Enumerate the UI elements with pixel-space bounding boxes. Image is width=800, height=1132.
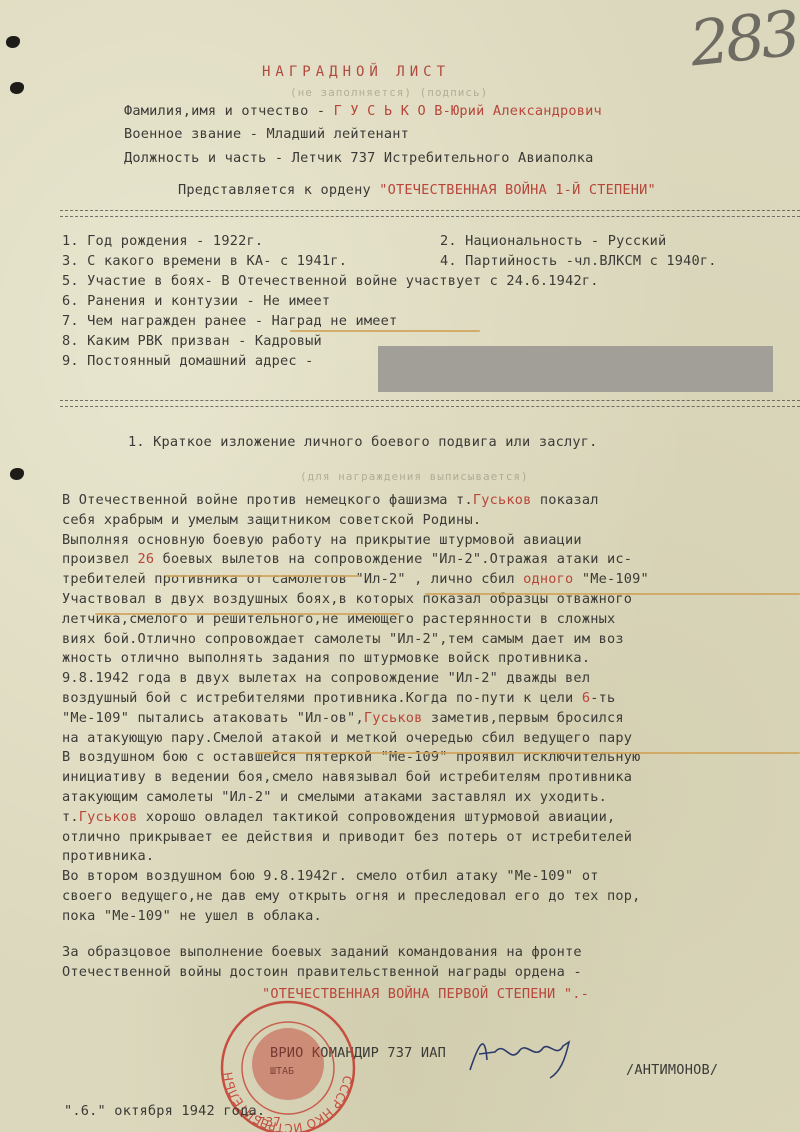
field-birth-year: 1. Год рождения - 1922г. xyxy=(62,233,263,249)
highlight-underline xyxy=(95,613,400,615)
conclusion-line-2: Отечественной войны достоин правительств… xyxy=(62,964,582,980)
body-line: требителей противника от самолетов "Ил-2… xyxy=(62,571,649,587)
document-title: НАГРАДНОЙ ЛИСТ xyxy=(262,64,450,80)
body-line: на атакующую пару.Смелой атакой и меткой… xyxy=(62,730,632,746)
body-line: Выполняя основную боевую работу на прикр… xyxy=(62,532,582,548)
given-names: -Юрий Александрович xyxy=(443,103,602,119)
redacted-address-block xyxy=(378,346,773,392)
body-line: жность отлично выполнять задания по штур… xyxy=(62,650,590,666)
rank-line: Военное звание - Младший лейтенант xyxy=(124,126,409,142)
body-line: "Ме-109" пытались атаковать "Ил-ов",Гусь… xyxy=(62,710,624,726)
field-army-since: 3. С какого времени в КА- с 1941г. xyxy=(62,253,347,269)
body-line: пока "Ме-109" не ушел в облака. xyxy=(62,908,322,924)
punch-hole xyxy=(6,36,20,48)
name-label: Фамилия,имя и отчество - xyxy=(124,103,325,119)
field-nationality: 2. Национальность - Русский xyxy=(440,233,666,249)
highlighted-text: Гуськов xyxy=(473,492,532,508)
field-address: 9. Постоянный домашний адрес - xyxy=(62,353,314,369)
body-line: своего ведущего,не дав ему открыть огня … xyxy=(62,888,641,904)
body-line: В Отечественной войне против немецкого ф… xyxy=(62,492,599,508)
highlighted-text: 26 xyxy=(137,551,154,567)
signatory-name: /АНТИМОНОВ/ xyxy=(626,1062,718,1078)
field-party: 4. Партийность -чл.ВЛКСМ с 1940г. xyxy=(440,253,717,269)
name-line: Фамилия,имя и отчество - Г У С Ь К О В-Ю… xyxy=(124,103,602,119)
nomination-order: "ОТЕЧЕСТВЕННАЯ ВОЙНА 1-Й СТЕПЕНИ" xyxy=(379,182,656,198)
body-line: Во втором воздушном бою 9.8.1942г. смело… xyxy=(62,868,599,884)
highlighted-text: Гуськов xyxy=(364,710,423,726)
handwritten-page-number: 283 xyxy=(686,0,799,80)
body-line: отлично прикрывает ее действия и приводи… xyxy=(62,829,632,845)
body-line: т.Гуськов хорошо овладел тактикой сопров… xyxy=(62,809,615,825)
field-rvk: 8. Каким РВК призван - Кадровый xyxy=(62,333,322,349)
body-line: противника. xyxy=(62,848,154,864)
date-line: ".6." октября 1942 года. xyxy=(64,1103,265,1119)
body-line: себя храбрым и умелым защитником советск… xyxy=(62,512,481,528)
svg-text:ШТАБ: ШТАБ xyxy=(270,1066,294,1077)
highlight-underline xyxy=(165,575,360,577)
body-line: атакующим самолеты "Ил-2" и смелыми атак… xyxy=(62,789,607,805)
highlight-underline xyxy=(425,593,800,595)
conclusion-line-1: За образцовое выполнение боевых заданий … xyxy=(62,944,582,960)
field-wounds: 6. Ранения и контузии - Не имеет xyxy=(62,293,330,309)
highlight-underline xyxy=(255,752,800,754)
nomination-line: Представляется к ордену "ОТЕЧЕСТВЕННАЯ В… xyxy=(178,182,656,198)
faint-section-note: (для награждения выписывается) xyxy=(300,470,529,483)
body-line: 9.8.1942 года в двух вылетах на сопровож… xyxy=(62,670,590,686)
faint-subtitle: (не заполняется) (подпись) xyxy=(290,86,488,99)
highlighted-text: 6 xyxy=(582,690,590,706)
highlighted-text: одного xyxy=(523,571,573,587)
highlight-underline xyxy=(290,330,480,332)
punch-hole xyxy=(10,82,24,94)
divider-double-line xyxy=(60,210,800,217)
divider-double-line xyxy=(60,400,800,407)
body-line: воздушный бой с истребителями противника… xyxy=(62,690,615,706)
punch-hole xyxy=(10,468,24,480)
field-combat: 5. Участие в боях- В Отечественной войне… xyxy=(62,273,599,289)
position-line: Должность и часть - Летчик 737 Истребите… xyxy=(124,150,594,166)
highlighted-text: Гуськов xyxy=(79,809,138,825)
nomination-prefix: Представляется к ордену xyxy=(178,182,371,198)
handwritten-signature xyxy=(465,1030,585,1080)
surname: Г У С Ь К О В xyxy=(334,103,443,119)
body-line: произвел 26 боевых вылетов на сопровожде… xyxy=(62,551,632,567)
body-line: инициативу в ведении боя,смело навязывал… xyxy=(62,769,632,785)
field-previous-awards: 7. Чем награжден ранее - Наград не имеет xyxy=(62,313,397,329)
body-line: виях бой.Отлично сопровождает самолеты "… xyxy=(62,631,624,647)
section-heading: 1. Краткое изложение личного боевого под… xyxy=(128,434,598,450)
